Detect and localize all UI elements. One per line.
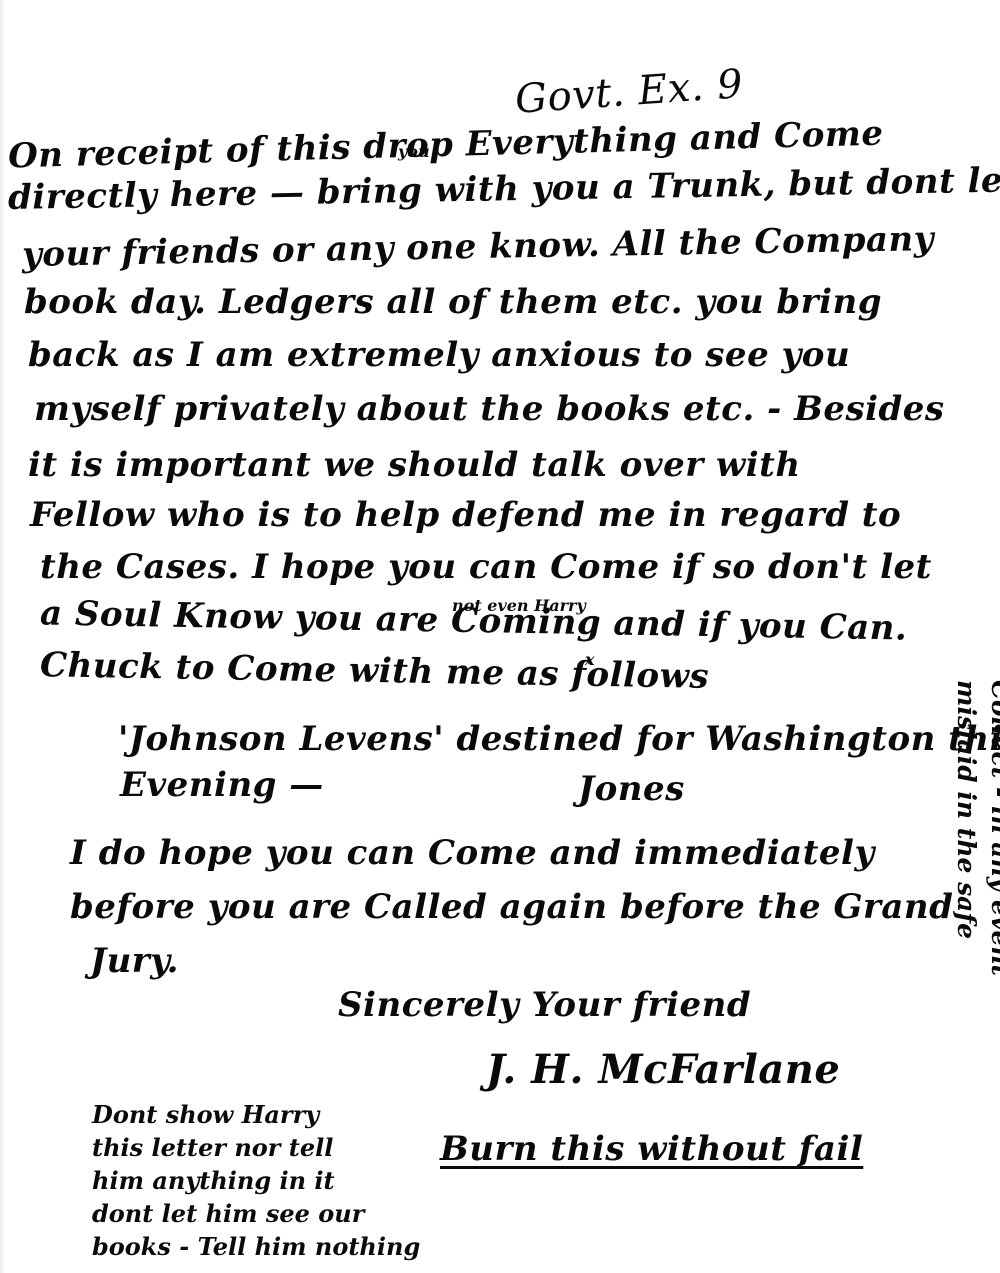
body-line-13: Evening —	[120, 768, 324, 802]
body-line-5: back as I am extremely anxious to see yo…	[28, 338, 850, 372]
body-line-15: I do hope you can Come and immediately	[70, 836, 875, 870]
burn-note: Burn this without fail	[440, 1132, 863, 1166]
postscript-line-4: dont let him see our	[92, 1197, 420, 1230]
body-line-8: Fellow who is to help defend me in regar…	[30, 498, 901, 532]
margin-note-line-4: mislaid in the safe	[949, 680, 983, 1142]
body-line-3: your friends or any one know. All the Co…	[22, 222, 934, 272]
postscript-line-1: Dont show Harry	[92, 1098, 420, 1131]
body-line-16: before you are Called again before the G…	[70, 890, 953, 924]
body-line-6: myself privately about the books etc. - …	[34, 392, 945, 426]
letter-page: Govt. Ex. 9 On receipt of this drop Ever…	[0, 0, 1000, 1273]
margin-note: Keep all important papers safe and keep …	[949, 680, 1000, 1142]
body-line-12: 'Johnson Levens' destined for Washington…	[118, 722, 1000, 756]
postscript: Dont show Harry this letter nor tell him…	[92, 1098, 420, 1263]
body-line-10: a Soul Know you are Coming and if you Ca…	[40, 596, 908, 645]
body-line-7: it is important we should talk over with	[28, 448, 801, 482]
exhibit-mark: Govt. Ex. 9	[514, 64, 745, 120]
postscript-line-5: books - Tell him nothing	[92, 1230, 420, 1263]
margin-note-line-3: Collect - in any event	[983, 680, 1000, 1142]
closing: Sincerely Your friend	[338, 988, 751, 1022]
body-line-14-jones: Jones	[578, 772, 685, 806]
body-line-11: Chuck to Come with me as follows	[40, 648, 710, 694]
body-line-17: Jury.	[90, 944, 179, 978]
page-edge-shadow	[0, 0, 6, 1273]
body-line-9: the Cases. I hope you can Come if so don…	[40, 550, 932, 584]
insert-you: you	[398, 142, 430, 161]
postscript-line-2: this letter nor tell	[92, 1131, 420, 1164]
postscript-line-3: him anything in it	[92, 1164, 420, 1197]
signature: J. H. McFarlane	[486, 1050, 840, 1090]
body-line-4: book day. Ledgers all of them etc. you b…	[24, 285, 882, 319]
